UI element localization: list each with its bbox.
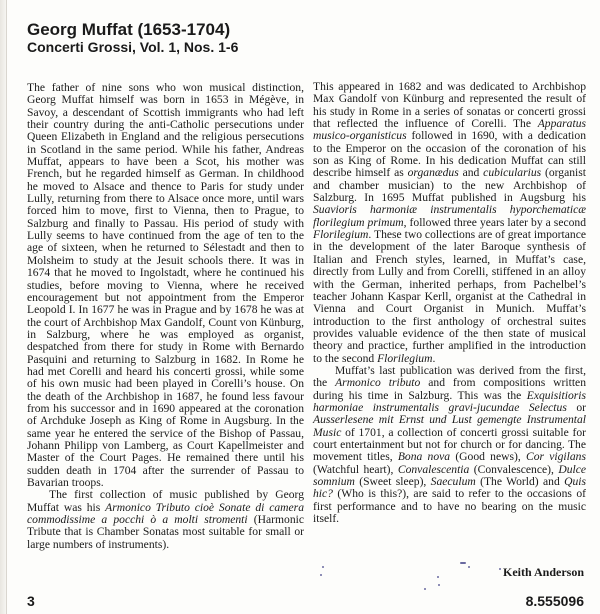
italic-term: cubicularius [483, 166, 541, 179]
paragraph-biography: The father of nine sons who won musical … [27, 82, 304, 489]
right-column: This appeared in 1682 and was dedicated … [313, 81, 586, 525]
text: (The World) and [476, 475, 564, 488]
italic-term: organædus [408, 166, 459, 179]
paragraph-first-collection: The first collection of music published … [27, 489, 304, 551]
work-title: Florilegium [313, 228, 368, 241]
page-header: Georg Muffat (1653-1704) Concerti Grossi… [27, 20, 238, 56]
author-signature: Keith Anderson [503, 565, 584, 580]
movement-title: Saeculum [431, 475, 476, 488]
page-title: Georg Muffat (1653-1704) [27, 20, 238, 39]
work-title: Armonico tributo [335, 376, 420, 389]
movement-title: Bona nova [398, 450, 450, 463]
text: (Watchful heart), [313, 463, 398, 476]
booklet-spine-edge [0, 0, 7, 614]
catalogue-number: 8.555096 [526, 593, 584, 609]
page-subtitle: Concerti Grossi, Vol. 1, Nos. 1-6 [27, 39, 238, 56]
text: , followed three years later by a second [404, 216, 586, 229]
text: (Convalescence), [469, 463, 558, 476]
left-column: The father of nine sons who won musical … [27, 82, 304, 551]
text: . These two collections are of great imp… [313, 228, 586, 364]
movement-title: Convalescentia [398, 463, 469, 476]
text: and [459, 166, 483, 179]
text: (Good news), [450, 450, 526, 463]
page-number: 3 [27, 593, 35, 609]
work-title: Florilegium [377, 352, 432, 365]
movement-title: Cor vigilans [526, 450, 586, 463]
scan-speckles [310, 560, 480, 600]
text: or [567, 401, 586, 414]
paragraph-publications: This appeared in 1682 and was dedicated … [313, 81, 586, 365]
text: (Who is this?), are said to refer to the… [313, 487, 586, 525]
text: (Sweet sleep), [355, 475, 431, 488]
text: . [432, 352, 435, 365]
paragraph-last-publication: Muffat’s last publication was derived fr… [313, 365, 586, 525]
